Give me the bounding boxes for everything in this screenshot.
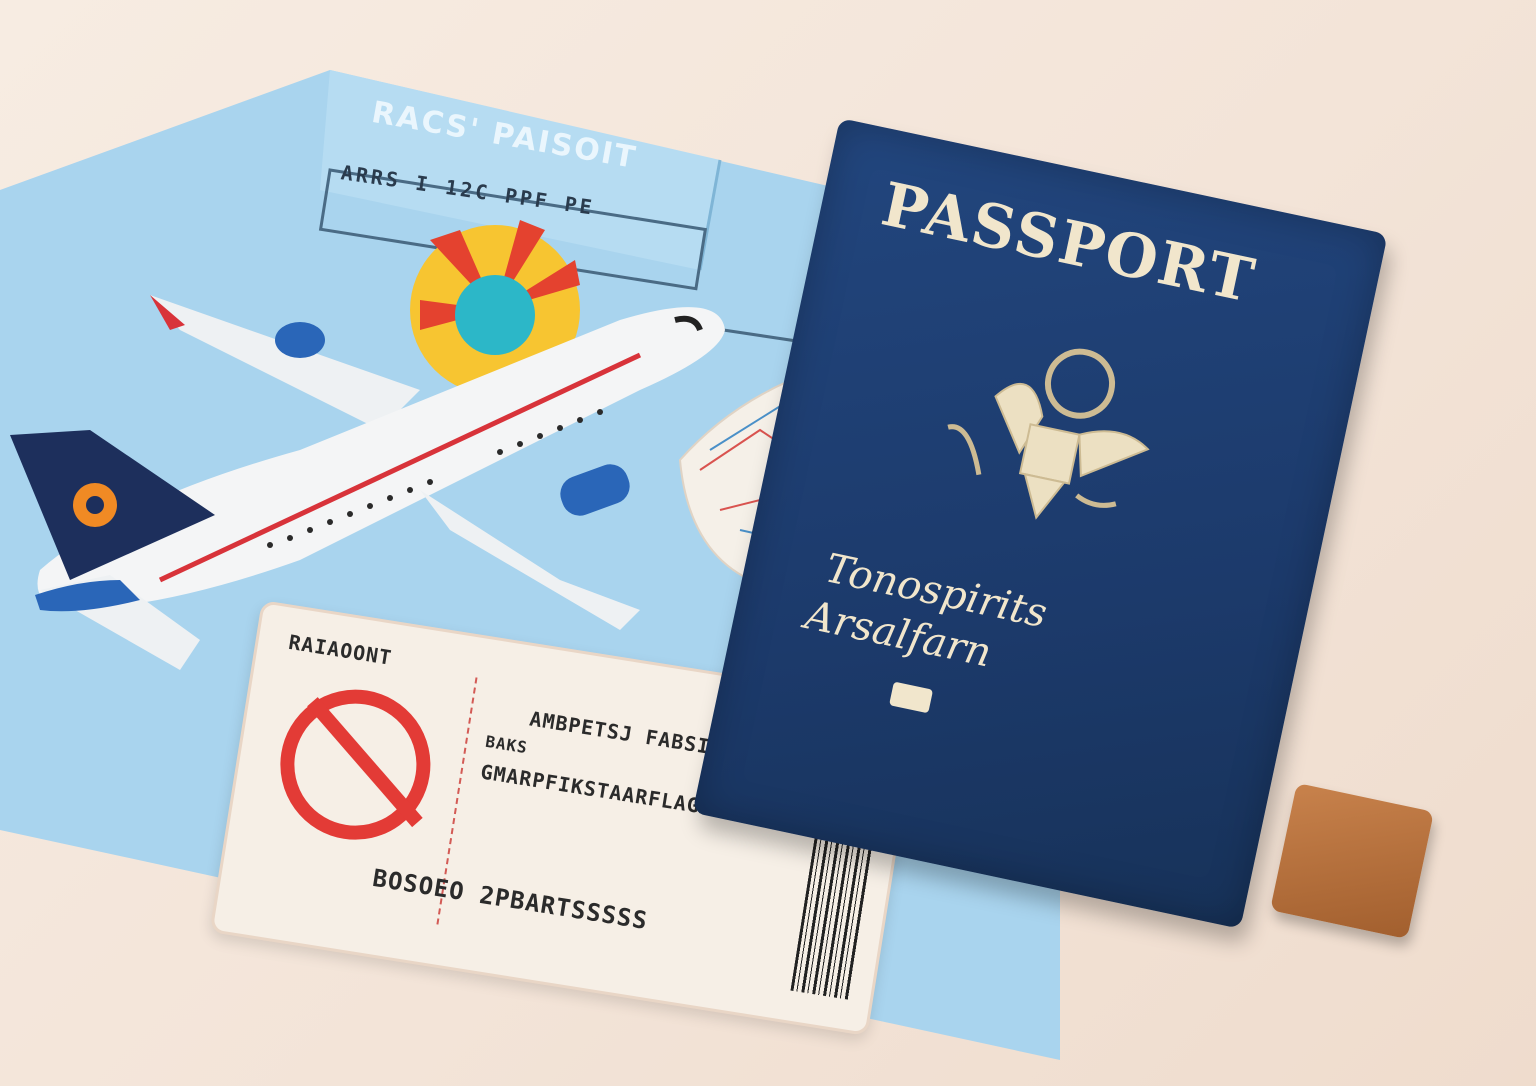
biometric-chip-icon [889,682,933,714]
passport-title: PASSPORT [876,170,1262,317]
ticket-line-3: GMARPFIKSTAARFLAGAN [479,759,727,821]
toy-airplane [0,280,740,680]
wooden-box [1270,783,1434,939]
ticket-line-2: BAKS [484,732,529,757]
eagle-seal-icon [910,315,1186,561]
ticket-line-4: BOSOEO 2PBARTSSSSS [371,864,650,935]
no-entry-icon [270,679,442,851]
